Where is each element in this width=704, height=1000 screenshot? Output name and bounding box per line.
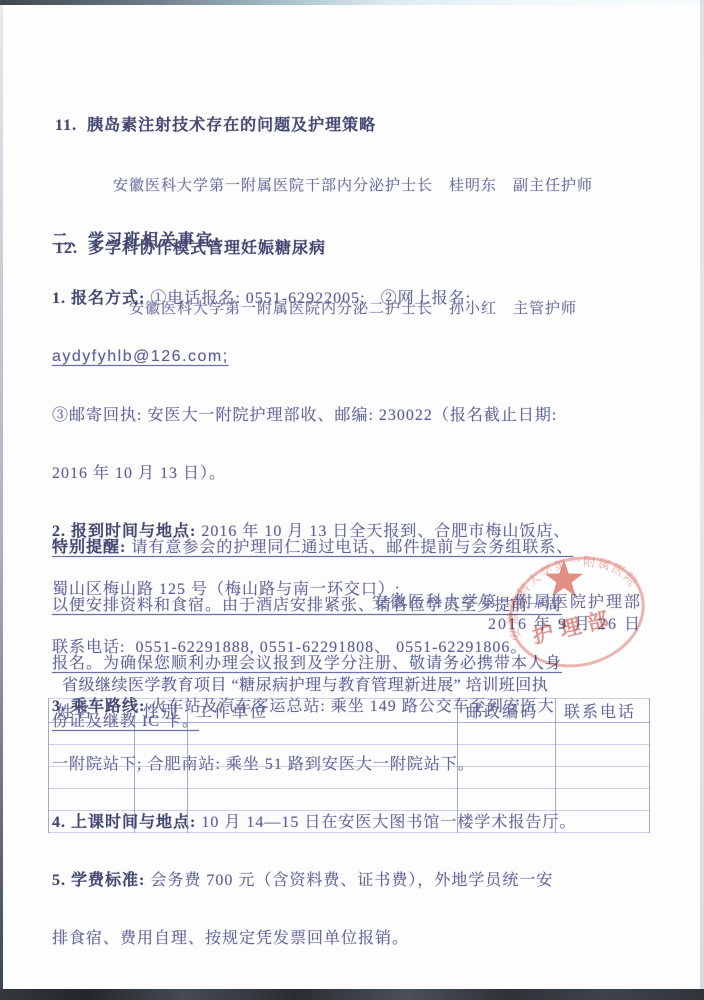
empty-cell [188,745,458,767]
scan-edge-top [0,0,704,5]
empty-cell [135,811,188,833]
list-item: 2016 年 10 月 13 日）。 [52,463,576,485]
empty-cell [458,723,556,745]
empty-cell [135,745,188,767]
signature-date: 2016 年 9 月 26 日 [488,611,642,634]
empty-cell [188,789,458,811]
item-text: ①电话报名: 0551-62922005; ②网上报名: [150,290,471,307]
lecture-title: 胰岛素注射技术存在的问题及护理策略 [87,117,376,134]
section-heading: 二、学习班相关事宜: [52,230,576,252]
item-text: 2016 年 10 月 13 日）。 [52,465,226,482]
notice-text: 请有意参会的护理同仁通过电话、邮件提前与会务组联系、 [131,539,573,556]
list-item: ③邮寄回执: 安医大一附院护理部收、邮编: 230022（报名截止日期: [52,405,576,427]
lecture-title [77,117,87,134]
table-row [49,723,650,745]
empty-cell [188,811,458,833]
table-row [49,789,650,811]
lecture-item: 11. 胰岛素注射技术存在的问题及护理策略 [55,113,593,138]
empty-cell [135,789,188,811]
column-header-postcode: 邮政编码 [458,699,556,723]
column-header-phone: 联系电话 [556,699,650,723]
item-text: 排食宿、费用自理、按规定凭发票回单位报销。 [52,930,409,947]
empty-cell [49,811,135,833]
empty-cell [458,745,556,767]
scan-edge-left [0,0,3,1000]
notice-text: 报名。为确保您顺利办理会议报到及学分注册、敬请务必携带本人身 [52,655,562,672]
list-item: 排食宿、费用自理、按规定凭发票回单位报销。 [52,928,576,950]
receipt-header-row: 姓名 性别 工作单位 邮政编码 联系电话 [49,699,650,723]
item-text: ③邮寄回执: 安医大一附院护理部收、邮编: 230022（报名截止日期: [52,407,557,424]
empty-cell [188,723,458,745]
empty-cell [49,723,135,745]
list-item: 1. 报名方式: ①电话报名: 0551-62922005; ②网上报名: [52,288,576,310]
item-text: 会务费 700 元（含资料费、证书费），外地学员统一安 [150,872,553,889]
empty-cell [556,811,650,833]
table-row [49,767,650,789]
empty-cell [49,745,135,767]
list-item: 5. 学费标准: 会务费 700 元（含资料费、证书费），外地学员统一安 [52,870,576,892]
empty-cell [556,767,650,789]
scanned-document-page: 11. 胰岛素注射技术存在的问题及护理策略 安徽医科大学第一附属医院干部内分泌护… [0,0,704,1000]
notice-line: 特别提醒: 请有意参会的护理同仁通过电话、邮件提前与会务组联系、 [52,537,573,559]
empty-cell [458,767,556,789]
scan-edge-right [700,0,704,1000]
empty-cell [556,789,650,811]
empty-cell [49,789,135,811]
empty-cell [556,723,650,745]
receipt-table: 姓名 性别 工作单位 邮政编码 联系电话 [48,698,650,833]
table-row [49,811,650,833]
lecture-number: 11. [55,117,77,134]
empty-cell [188,767,458,789]
empty-cell [49,767,135,789]
table-row [49,745,650,767]
notice-label: 特别提醒: [52,539,131,556]
empty-cell [135,723,188,745]
item-label: 5. 学费标准: [52,872,150,889]
column-header-workunit: 工作单位 [188,699,458,723]
empty-cell [458,811,556,833]
item-label: 1. 报名方式: [52,290,150,307]
column-header-gender: 性别 [135,699,188,723]
scan-edge-bottom [0,989,704,1000]
column-header-name: 姓名 [49,699,135,723]
receipt-title: 省级继续医学教育项目 “糖尿病护理与教育管理新进展” 培训班回执 [62,672,548,695]
empty-cell [556,745,650,767]
email-address: aydyfyhlb@126.com; [52,348,229,365]
empty-cell [458,789,556,811]
email-line: aydyfyhlb@126.com; [52,346,576,368]
empty-cell [135,767,188,789]
signature-org: 安徽医科大学第一附属医院护理部 [372,589,642,612]
